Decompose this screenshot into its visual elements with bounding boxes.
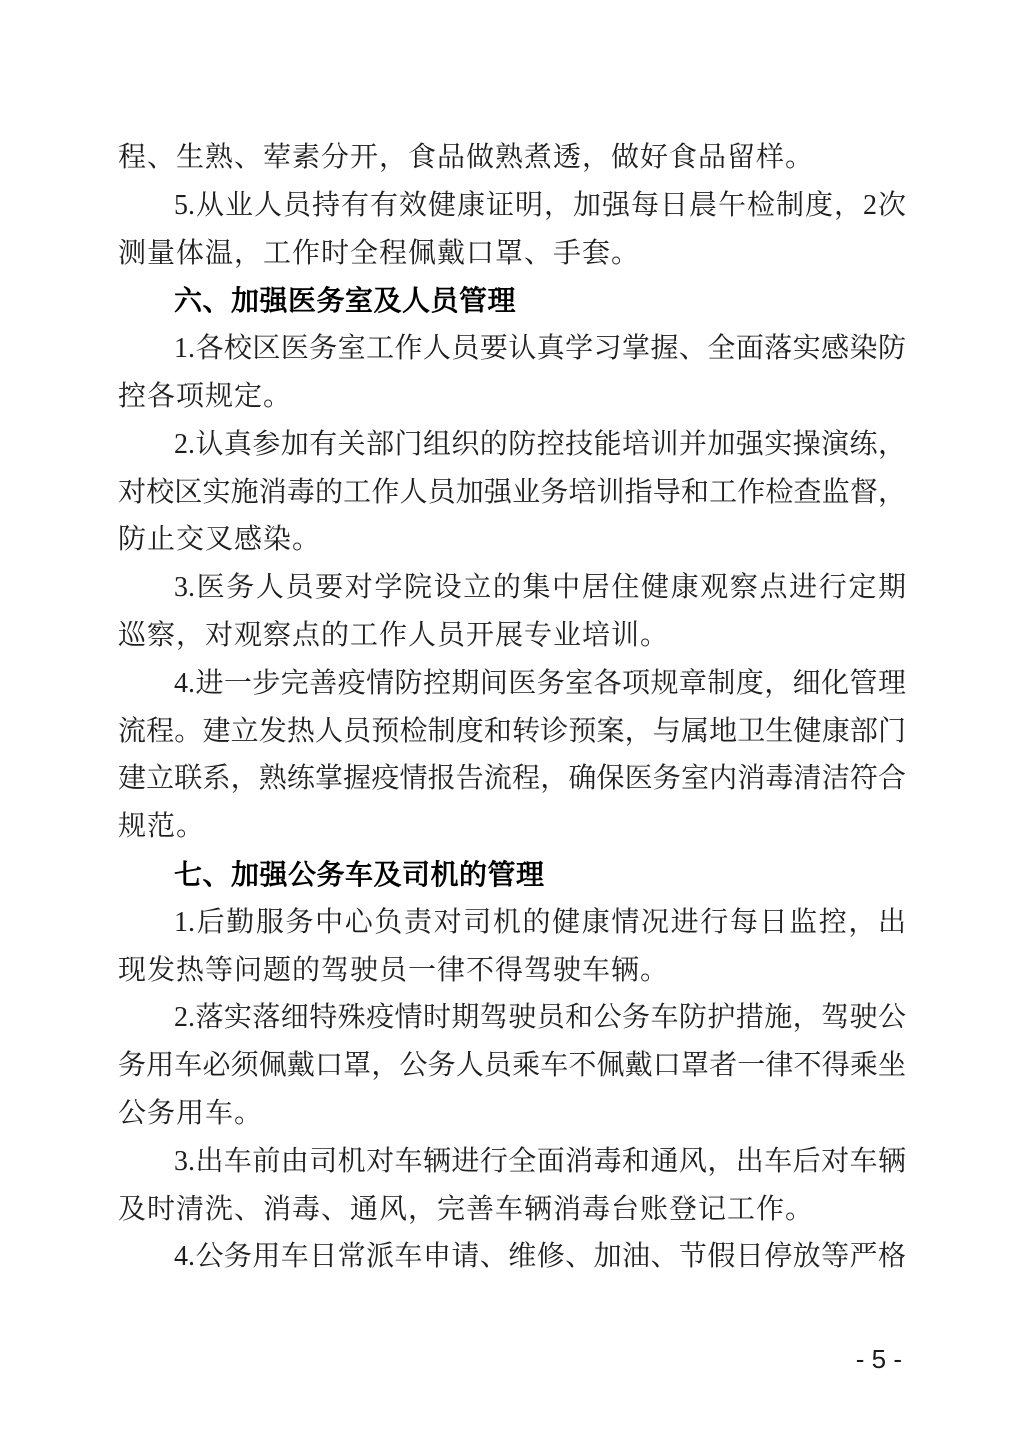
- text-line: 3.出车前由司机对车辆进行全面消毒和通风，出车后对车辆: [118, 1138, 906, 1186]
- text-line: 程、生熟、荤素分开，食品做熟煮透，做好食品留样。: [118, 134, 906, 182]
- text-line: 现发热等问题的驾驶员一律不得驾驶车辆。: [118, 947, 906, 995]
- text-line: 对校区实施消毒的工作人员加强业务培训指导和工作检查监督，: [118, 469, 906, 517]
- document-page: 程、生熟、荤素分开，食品做熟煮透，做好食品留样。 5.从业人员持有有效健康证明，…: [0, 0, 1024, 1448]
- text-line: 流程。建立发热人员预检制度和转诊预案，与属地卫生健康部门: [118, 708, 906, 756]
- text-line: 2.认真参加有关部门组织的防控技能培训并加强实操演练，: [118, 421, 906, 469]
- text-line: 5.从业人员持有有效健康证明，加强每日晨午检制度，2次: [118, 182, 906, 230]
- text-line: 1.各校区医务室工作人员要认真学习掌握、全面落实感染防: [118, 325, 906, 373]
- text-line: 4.进一步完善疫情防控期间医务室各项规章制度，细化管理: [118, 660, 906, 708]
- text-line: 4.公务用车日常派车申请、维修、加油、节假日停放等严格: [118, 1233, 906, 1281]
- text-line: 2.落实落细特殊疫情时期驾驶员和公务车防护措施，驾驶公: [118, 994, 906, 1042]
- text-line: 务用车必须佩戴口罩，公务人员乘车不佩戴口罩者一律不得乘坐: [118, 1042, 906, 1090]
- text-line: 公务用车。: [118, 1090, 906, 1138]
- text-line: 1.后勤服务中心负责对司机的健康情况进行每日监控，出: [118, 899, 906, 947]
- text-line: 建立联系，熟练掌握疫情报告流程，确保医务室内消毒清洁符合: [118, 755, 906, 803]
- text-line: 规范。: [118, 803, 906, 851]
- section-heading: 六、加强医务室及人员管理: [118, 277, 906, 325]
- text-line: 测量体温，工作时全程佩戴口罩、手套。: [118, 230, 906, 278]
- text-line: 3.医务人员要对学院设立的集中居住健康观察点进行定期: [118, 564, 906, 612]
- page-number: - 5 -: [856, 1344, 902, 1374]
- section-heading: 七、加强公务车及司机的管理: [118, 851, 906, 899]
- text-line: 控各项规定。: [118, 373, 906, 421]
- text-line: 巡察，对观察点的工作人员开展专业培训。: [118, 612, 906, 660]
- text-line: 及时清洗、消毒、通风，完善车辆消毒台账登记工作。: [118, 1186, 906, 1234]
- text-line: 防止交叉感染。: [118, 516, 906, 564]
- document-body: 程、生熟、荤素分开，食品做熟煮透，做好食品留样。 5.从业人员持有有效健康证明，…: [118, 134, 906, 1281]
